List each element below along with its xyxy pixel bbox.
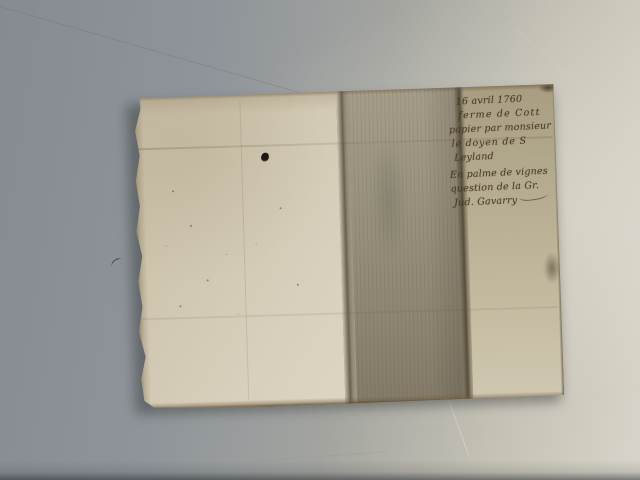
paper-speck	[238, 313, 239, 314]
stain-smudge	[367, 133, 409, 266]
signature-flourish	[519, 193, 549, 202]
surface-scratch	[255, 451, 385, 461]
signature-text: Jud. Gavarry	[454, 195, 518, 209]
handwriting-line: Leyland	[454, 147, 556, 165]
surface-scratch	[515, 29, 585, 88]
surface-scratch	[449, 401, 470, 456]
paper-speck	[280, 207, 282, 209]
paper-middle-panel	[348, 87, 463, 404]
paper-speck	[207, 279, 209, 281]
paper-speck	[190, 225, 192, 227]
photo-background: 16 avril 1760 ferme de Cott papier par m…	[0, 0, 640, 480]
surface-scratch	[0, 2, 333, 102]
paper-left-panel	[131, 90, 345, 410]
paper-speck	[172, 190, 174, 192]
ink-blot	[261, 153, 269, 162]
paper-speck	[297, 284, 299, 286]
paper-speck	[166, 246, 167, 247]
handwriting-block: 16 avril 1760 ferme de Cott papier par m…	[447, 91, 558, 211]
paper-speck	[226, 254, 227, 255]
paper-speck	[179, 305, 181, 307]
paper-fiber	[110, 256, 124, 269]
manuscript-paper: 16 avril 1760 ferme de Cott papier par m…	[131, 84, 564, 410]
paper-speck	[256, 243, 257, 244]
